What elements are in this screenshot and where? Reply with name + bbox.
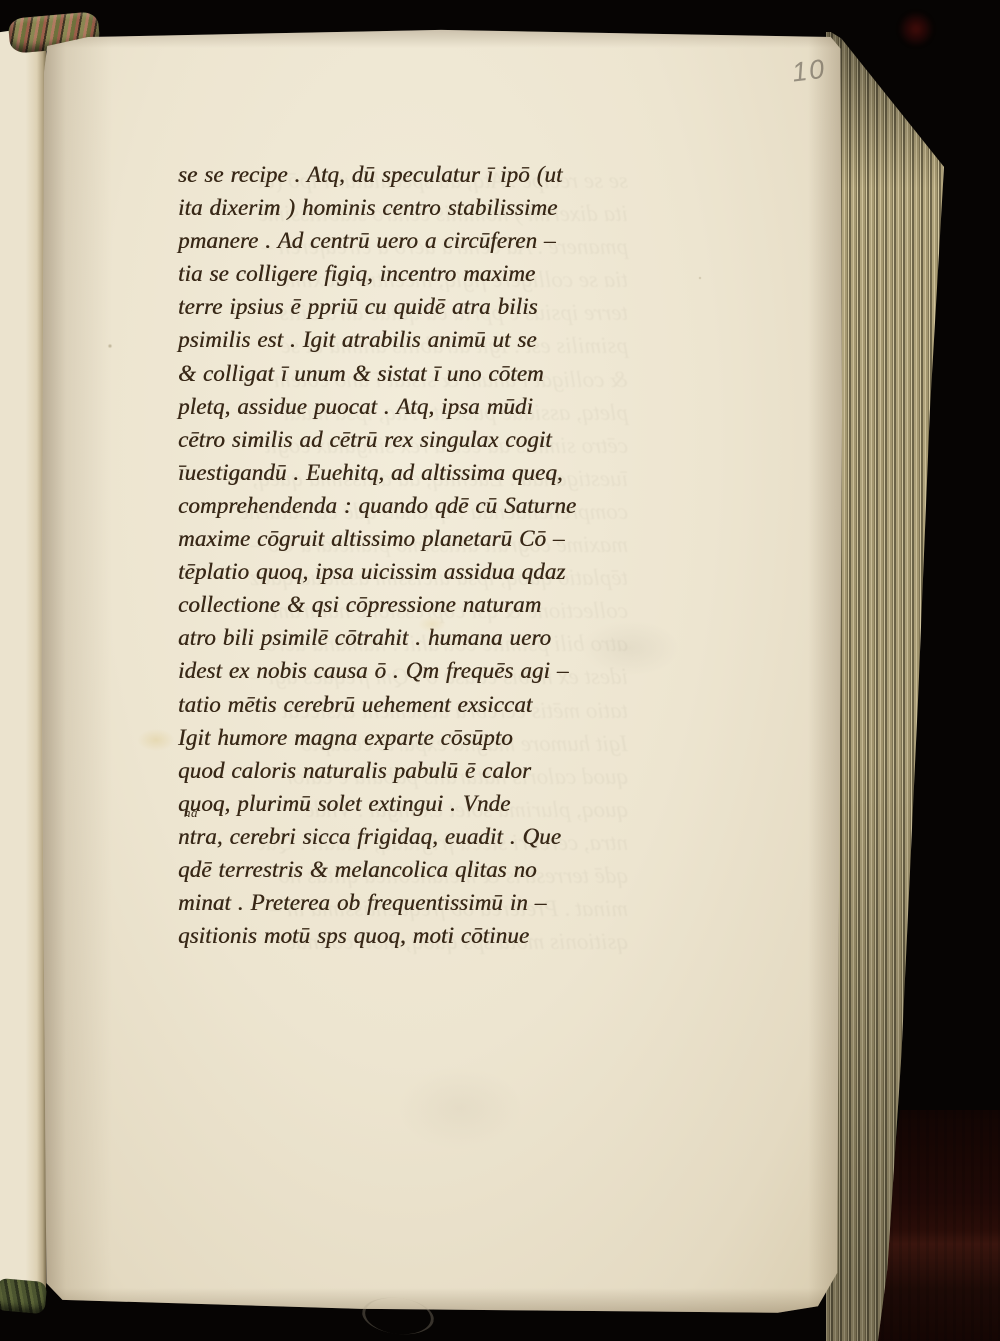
text-line: maxime cōgruit altissimo planetarū Cō –	[178, 522, 630, 555]
text-line: tēplatio quoq, ipsa uicissim assidua qda…	[178, 555, 630, 588]
text-line: ntra, cerebri sicca frigidaq, euadit . Q…	[178, 820, 630, 853]
text-line: qdē terrestris & melancolica qlitas no	[178, 853, 630, 886]
interlinear-correction: nā	[184, 806, 198, 819]
text-line: qsitionis motū sps quoq, moti cōtinue	[178, 919, 630, 952]
text-line: cētro similis ad cētrū rex singulax cogi…	[178, 423, 630, 456]
text-line: pletq, assidue puocat . Atq, ipsa mūdi	[178, 390, 630, 423]
text-line: pmanere . Ad centrū uero a circūferen –	[178, 224, 630, 257]
text-line: comprehendenda : quando qdē cū Saturne	[178, 489, 630, 522]
text-line: tatio mētis cerebrū uehement exsiccat	[178, 688, 630, 721]
text-line: terre ipsius ē ppriū cu quidē atra bilis	[178, 290, 630, 323]
manuscript-text-block: nā se se recipe . Atq, dū speculatur ī i…	[178, 158, 630, 952]
manuscript-photo: se se recipe . Atq, dū speculatur ī ipō …	[0, 0, 1000, 1341]
text-line: collectione & qsi cōpressione naturam	[178, 588, 630, 621]
text-line: psimilis est . Igit atrabilis animū ut s…	[178, 323, 630, 356]
text-line: tia se colligere figiq, incentro maxime	[178, 257, 630, 290]
text-line: quod caloris naturalis pabulū ē calor	[178, 754, 630, 787]
tailband	[0, 1278, 47, 1314]
text-line: īuestigandū . Euehitq, ad altissima queq…	[178, 456, 630, 489]
text-line: atro bili psimilē cōtrahit . humana uero	[178, 621, 630, 654]
text-line: minat . Preterea ob frequentissimū in –	[178, 886, 630, 919]
text-line: quoq, plurimū solet extingui . Vnde	[178, 787, 630, 820]
manuscript-page: se se recipe . Atq, dū speculatur ī ipō …	[40, 28, 842, 1314]
book-cover-corner	[893, 6, 939, 52]
text-line: se se recipe . Atq, dū speculatur ī ipō …	[178, 158, 630, 191]
text-line: idest ex nobis causa ō . Qm frequēs agi …	[178, 654, 630, 687]
text-line: Igit humore magna exparte cōsūpto	[178, 721, 630, 754]
facing-page-edge	[0, 27, 46, 1303]
text-line: ita dixerim ) hominis centro stabilissim…	[178, 191, 630, 224]
text-line: & colligat ī unum & sistat ī uno cōtem	[178, 357, 630, 390]
